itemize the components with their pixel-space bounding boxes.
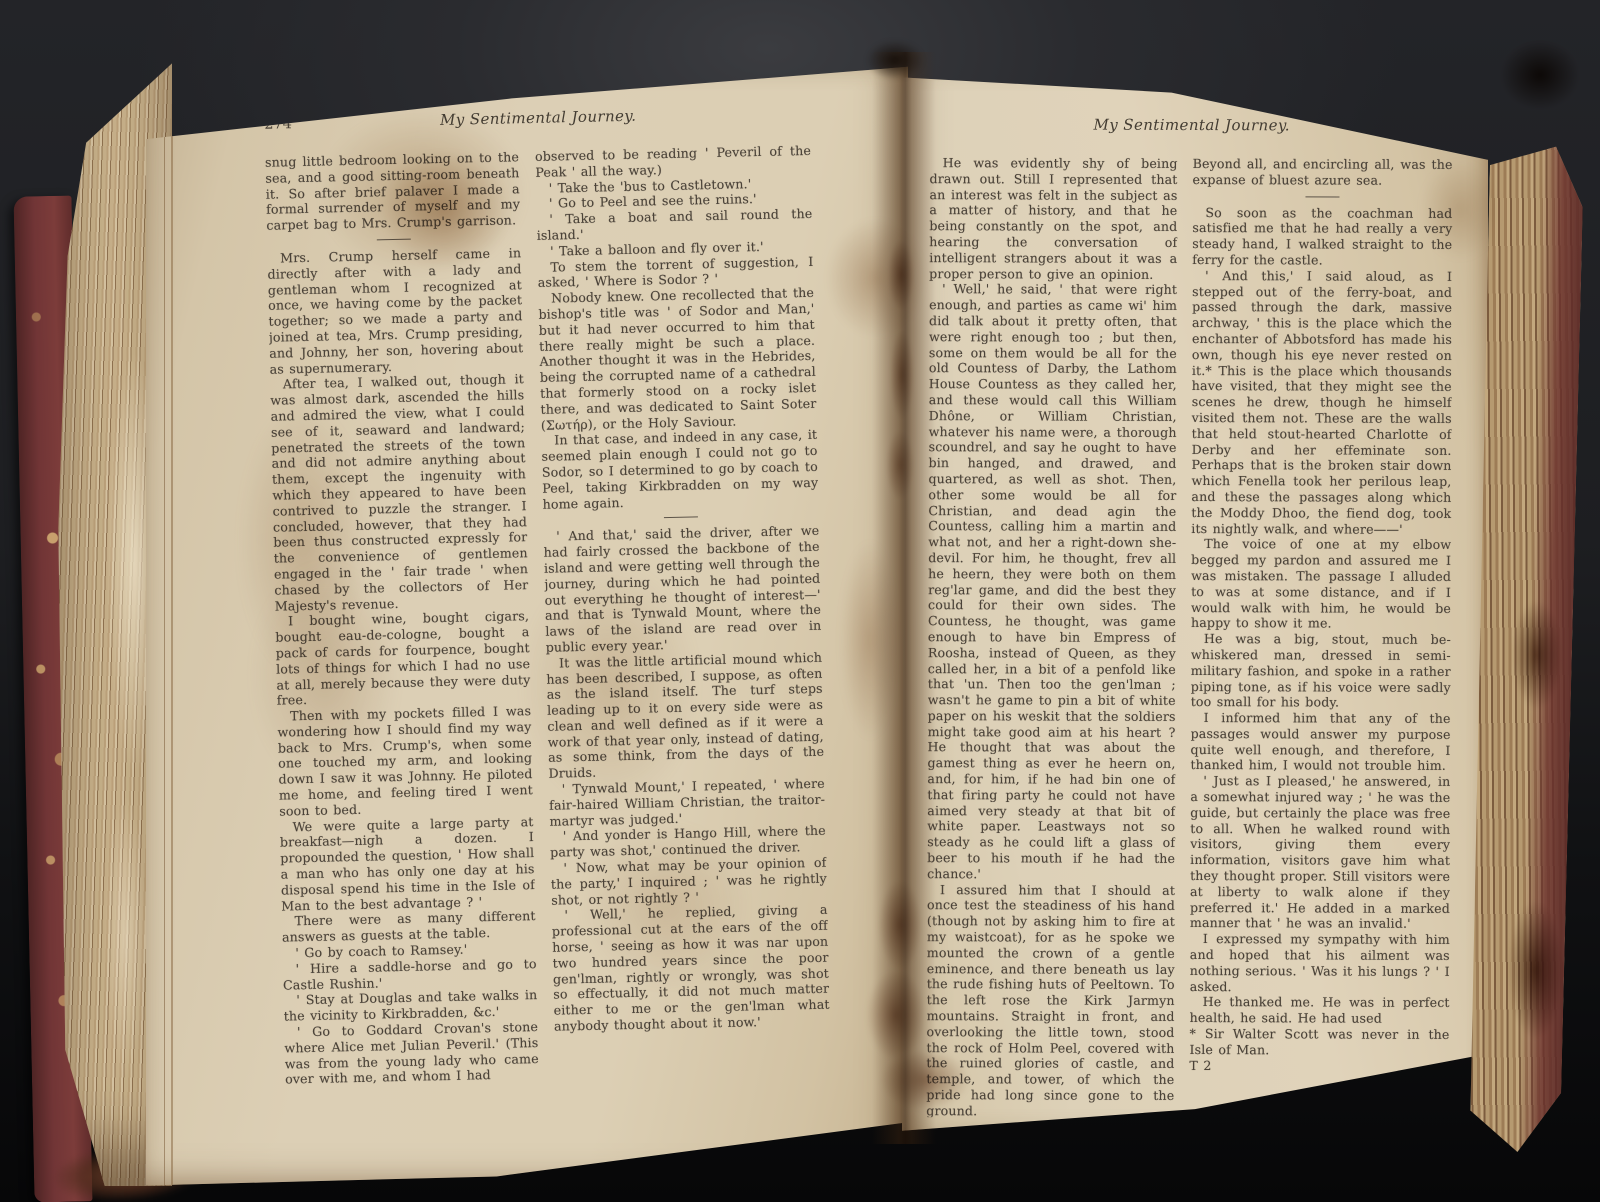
header-spacer <box>752 117 812 118</box>
paragraph: ' And this,' I said aloud, as I stepped … <box>1191 268 1452 537</box>
paragraph: He was evidently shy of being drawn out.… <box>929 155 1177 282</box>
section-divider <box>664 517 698 519</box>
left-page-content: 274 My Sentimental Journey. snug little … <box>264 103 834 1143</box>
left-page: 274 My Sentimental Journey. snug little … <box>146 60 908 1190</box>
paragraph: Mrs. Crump herself came in directly afte… <box>267 245 524 377</box>
paragraph: The voice of one at my elbow begged my p… <box>1191 536 1451 632</box>
paragraph: ' Well,' he replied, giving a profession… <box>551 902 830 1034</box>
text-column: observed to be reading ' Peveril of the … <box>535 143 832 1137</box>
footnote: * Sir Walter Scott was never in the Isle… <box>1189 1026 1449 1059</box>
paragraph: I informed him that any of the passages … <box>1190 710 1450 774</box>
paragraph: He thanked me. He was in perfect health,… <box>1190 994 1450 1027</box>
paragraph: We were quite a large party at breakfast… <box>279 814 535 914</box>
section-divider <box>1305 196 1339 197</box>
paragraph: He was a big, stout, much be-whiskered m… <box>1191 631 1451 711</box>
right-page: My Sentimental Journey. 275 He was evide… <box>902 60 1488 1146</box>
paragraph: snug little bedroom looking on to the se… <box>265 149 521 234</box>
text-column: Beyond all, and encircling all, was the … <box>1189 156 1452 1119</box>
paragraph: ' Go to Goddard Crovan's stone where Ali… <box>284 1019 539 1088</box>
paragraph: ' Well,' he said, ' that were right enou… <box>927 281 1177 882</box>
text-column: snug little bedroom looking on to the se… <box>265 149 540 1142</box>
paragraph: Then with my pockets filled I was wonder… <box>277 703 533 819</box>
column-paragraphs: Beyond all, and encircling all, was the … <box>1190 156 1453 1027</box>
paragraph: I bought wine, bought cigars, bought eau… <box>275 608 531 708</box>
section-divider <box>377 239 411 241</box>
right-page-content: My Sentimental Journey. 275 He was evide… <box>926 115 1453 1119</box>
paragraph: In that case, and indeed in any case, it… <box>541 427 819 512</box>
paragraph: ' And that,' said the driver, after we h… <box>543 523 822 655</box>
paragraph: Nobody knew. One recollected that the bi… <box>538 285 817 433</box>
paragraph: I expressed my sympathy with him and hop… <box>1190 931 1450 995</box>
text-column: He was evidently shy of being drawn out.… <box>926 155 1177 1118</box>
spine-top-shadow <box>866 40 924 80</box>
paragraph: So soon as the coachman had satisfied me… <box>1192 205 1452 269</box>
paragraph: ' Now, what may be your opinion of the p… <box>550 855 827 908</box>
paragraph: It was the little artificial mound which… <box>546 649 825 781</box>
paragraph: Beyond all, and encircling all, was the … <box>1192 156 1452 189</box>
paragraph: After tea, I walked out, though it was a… <box>270 372 529 614</box>
paragraph: ' Tynwald Mount,' I repeated, ' where fa… <box>549 776 826 829</box>
paragraph: ' Just as I pleased,' he answered, in a … <box>1190 773 1451 932</box>
paragraph: I assured him that I should at once test… <box>926 882 1175 1118</box>
